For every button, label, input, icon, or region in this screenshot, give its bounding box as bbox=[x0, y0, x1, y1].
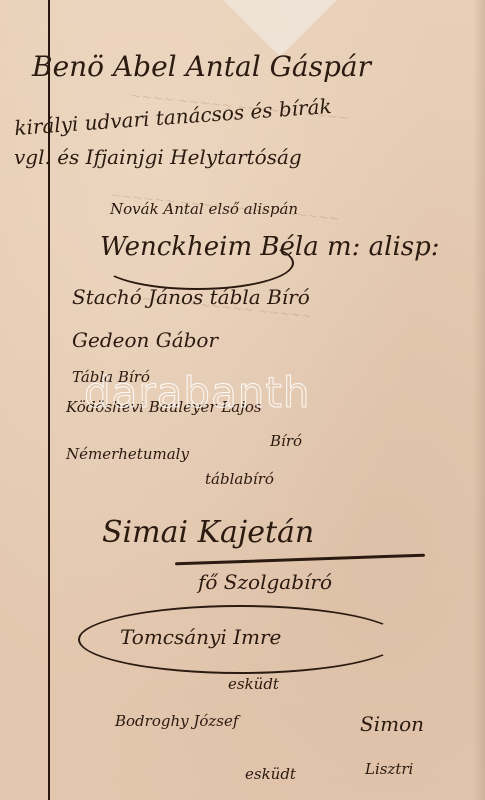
signature-nemerhetumaly: Némerhetumaly bbox=[66, 445, 189, 463]
signature-simon: Simon bbox=[360, 712, 424, 736]
signature-gedeon: Gedeon Gábor bbox=[72, 328, 218, 352]
signature-novak: Novák Antal első alispán bbox=[110, 200, 298, 218]
title-lisztri: Lisztri bbox=[365, 760, 413, 778]
title-foszolgabiro: fő Szolgabíró bbox=[198, 570, 332, 594]
watermark: darabanth bbox=[84, 368, 311, 417]
signature-simai: Simai Kajetán bbox=[102, 515, 314, 550]
signature-flourish bbox=[100, 236, 294, 290]
heading-line-1: Benö Abel Antal Gáspár bbox=[32, 50, 371, 83]
title-biro: Bíró bbox=[270, 432, 302, 450]
title-tablabiro: táblabíró bbox=[205, 470, 274, 488]
folded-corner bbox=[223, 0, 336, 57]
title-eskudt: esküdt bbox=[228, 675, 279, 693]
signature-bodroghy: Bodroghy József bbox=[115, 712, 238, 730]
manuscript-page: ~~~~ ~~~~~ ~~~~~~ ~~~~ ~~~~~~ ~~~~ ~~~~ … bbox=[0, 0, 485, 800]
signature-underline bbox=[175, 554, 425, 566]
paper-edge bbox=[473, 0, 485, 800]
signature-flourish bbox=[78, 605, 402, 674]
heading-line-3: vgl. és Ifjainjgi Helytartóság bbox=[14, 145, 302, 169]
title-eskudt-2: esküdt bbox=[245, 765, 296, 783]
signature-stacho: Stachó János tábla Bíró bbox=[72, 285, 310, 309]
